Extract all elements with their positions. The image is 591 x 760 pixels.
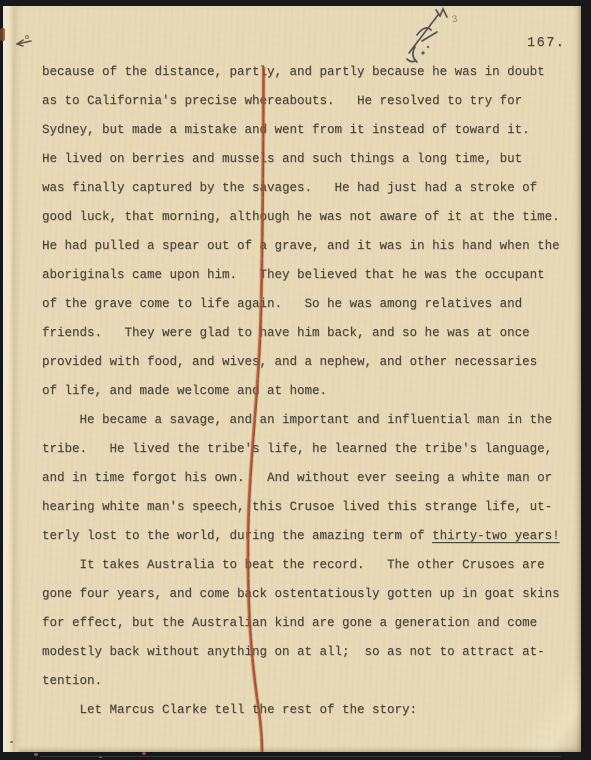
text-line: provided with food, and wives, and a nep… <box>42 348 560 377</box>
text-line: gone four years, and come back ostentati… <box>42 580 560 609</box>
manuscript-scan: 3 167. because of the distance, partly, … <box>0 0 591 760</box>
text-line: modestly back without anything on at all… <box>42 638 560 667</box>
text-line: aboriginals came upon him. They believed… <box>42 261 560 290</box>
text-line: He lived on berries and mussels and such… <box>42 145 560 174</box>
text-segment: tribe. He lived the tribe's life, he lea… <box>42 442 552 456</box>
text-segment: He lived on berries and mussels and such… <box>42 152 522 166</box>
text-line: of the grave come to life again. So he w… <box>42 290 560 319</box>
text-segment: because of the distance, partly, and par… <box>42 65 545 79</box>
text-segment: as to California's precise whereabouts. … <box>42 94 522 108</box>
text-segment: gone four years, and come back ostentati… <box>42 587 560 601</box>
text-segment: of life, and made welcome and at home. <box>42 384 327 398</box>
corner-pencil-mark: 3 <box>451 15 459 27</box>
paper-speck <box>142 752 146 755</box>
text-line: of life, and made welcome and at home. <box>42 377 560 406</box>
text-line: He had pulled a spear out of a grave, an… <box>42 232 560 261</box>
text-segment: terly lost to the world, during the amaz… <box>42 529 432 543</box>
text-segment: It takes Australia to beat the record. T… <box>42 558 545 572</box>
text-segment: and in time forgot his own. And without … <box>42 471 552 485</box>
text-segment: tention. <box>42 674 102 688</box>
text-line: It takes Australia to beat the record. T… <box>42 551 560 580</box>
text-segment: Let Marcus Clarke tell the rest of the s… <box>42 703 417 717</box>
typewritten-text: because of the distance, partly, and par… <box>42 58 560 725</box>
text-line: He became a savage, and an important and… <box>42 406 560 435</box>
text-line: good luck, that morning, although he was… <box>42 203 560 232</box>
text-line: tention. <box>42 667 560 696</box>
text-segment: aboriginals came upon him. They believed… <box>42 268 545 282</box>
text-line: as to California's precise whereabouts. … <box>42 87 560 116</box>
text-segment: friends. They were glad to have him back… <box>42 326 530 340</box>
underlined-phrase: thirty-two years! <box>432 529 560 543</box>
text-segment: of the grave come to life again. So he w… <box>42 297 522 311</box>
edge-stain <box>0 28 5 41</box>
text-line: terly lost to the world, during the amaz… <box>42 522 560 551</box>
text-segment: provided with food, and wives, and a nep… <box>42 355 537 369</box>
text-line: tribe. He lived the tribe's life, he lea… <box>42 435 560 464</box>
text-line: was finally captured by the savages. He … <box>42 174 560 203</box>
text-segment: He became a savage, and an important and… <box>42 413 552 427</box>
text-line: and in time forgot his own. And without … <box>42 464 560 493</box>
text-segment: modestly back without anything on at all… <box>42 645 545 659</box>
text-line: Sydney, but made a mistake and went from… <box>42 116 560 145</box>
text-segment: good luck, that morning, although he was… <box>42 210 560 224</box>
paper-speck <box>10 741 13 743</box>
text-segment: Sydney, but made a mistake and went from… <box>42 123 530 137</box>
text-segment: was finally captured by the savages. He … <box>42 181 537 195</box>
text-line: because of the distance, partly, and par… <box>42 58 560 87</box>
text-line: for effect, but the Australian kind are … <box>42 609 560 638</box>
text-line: hearing white man's speech, this Crusoe … <box>42 493 560 522</box>
text-segment: hearing white man's speech, this Crusoe … <box>42 500 552 514</box>
paper-speck <box>34 753 38 756</box>
border-highlight <box>40 756 561 757</box>
manuscript-page: 3 167. because of the distance, partly, … <box>3 6 581 752</box>
text-line: friends. They were glad to have him back… <box>42 319 560 348</box>
text-segment: He had pulled a spear out of a grave, an… <box>42 239 560 253</box>
page-number: 167. <box>527 36 565 51</box>
page-edge <box>3 6 21 752</box>
text-segment: for effect, but the Australian kind are … <box>42 616 537 630</box>
text-line: Let Marcus Clarke tell the rest of the s… <box>42 696 560 725</box>
